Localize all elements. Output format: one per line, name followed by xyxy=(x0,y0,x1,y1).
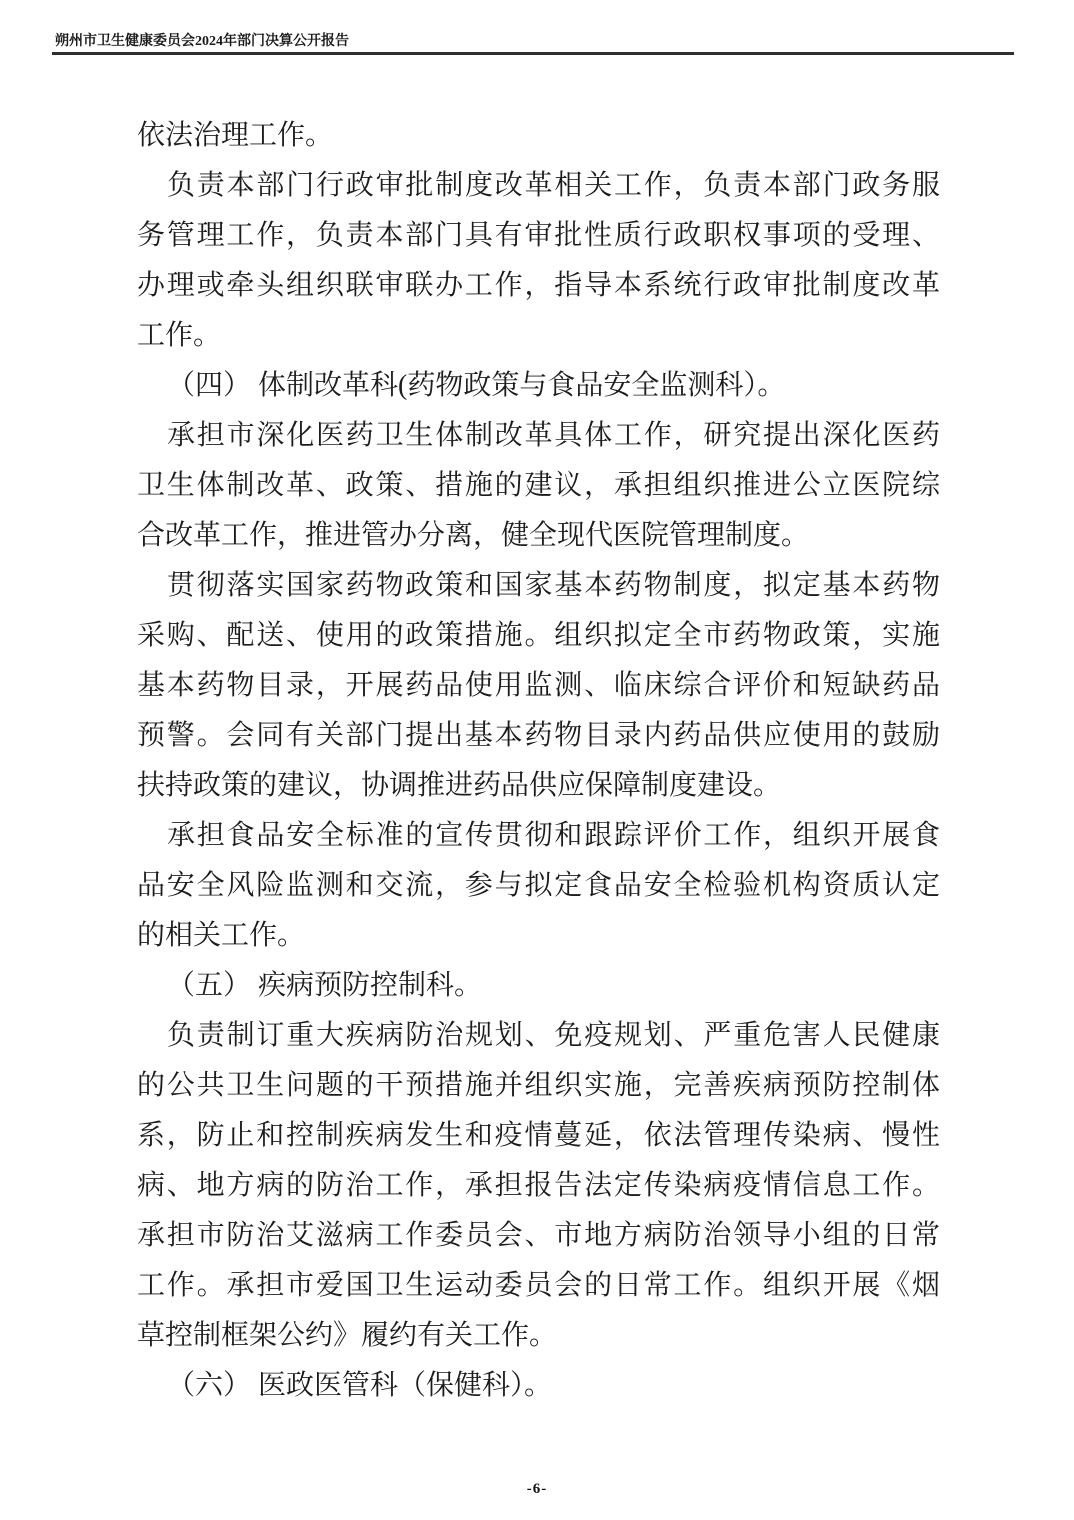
text-line: 预警。会同有关部门提出基本药物目录内药品供应使用的鼓励 xyxy=(137,711,940,761)
text-line: 负责制订重大疾病防治规划、免疫规划、严重危害人民健康 xyxy=(137,1011,940,1061)
text-line: 负责本部门行政审批制度改革相关工作，负责本部门政务服 xyxy=(137,161,940,211)
text-line: 工作。承担市爱国卫生运动委员会的日常工作。组织开展《烟 xyxy=(137,1261,940,1311)
text-line: 合改革工作，推进管办分离，健全现代医院管理制度。 xyxy=(137,511,940,561)
text-line: 承担市防治艾滋病工作委员会、市地方病防治领导小组的日常 xyxy=(137,1211,940,1261)
header-title: 朔州市卫生健康委员会2024年部门决算公开报告 xyxy=(55,30,349,50)
text-line: 承担市深化医药卫生体制改革具体工作，研究提出深化医药 xyxy=(137,411,940,461)
text-line: （四） 体制改革科(药物政策与食品安全监测科）。 xyxy=(137,361,940,411)
page-number: -6- xyxy=(0,1481,1074,1498)
text-line: 的公共卫生问题的干预措施并组织实施，完善疾病预防控制体 xyxy=(137,1061,940,1111)
text-line: 依法治理工作。 xyxy=(137,111,940,161)
document-body: 依法治理工作。负责本部门行政审批制度改革相关工作，负责本部门政务服务管理工作，负… xyxy=(137,111,940,1411)
text-line: 病、地方病的防治工作，承担报告法定传染病疫情信息工作。 xyxy=(137,1161,940,1211)
text-line: 采购、配送、使用的政策措施。组织拟定全市药物政策，实施 xyxy=(137,611,940,661)
text-line: 基本药物目录，开展药品使用监测、临床综合评价和短缺药品 xyxy=(137,661,940,711)
text-line: 扶持政策的建议，协调推进药品供应保障制度建设。 xyxy=(137,761,940,811)
text-line: 贯彻落实国家药物政策和国家基本药物制度，拟定基本药物 xyxy=(137,561,940,611)
text-line: 务管理工作，负责本部门具有审批性质行政职权事项的受理、 xyxy=(137,211,940,261)
text-line: 办理或牵头组织联审联办工作，指导本系统行政审批制度改革 xyxy=(137,261,940,311)
header-rule xyxy=(52,52,1014,55)
text-line: （六） 医政医管科（保健科）。 xyxy=(137,1361,940,1411)
text-line: （五） 疾病预防控制科。 xyxy=(137,961,940,1011)
text-line: 系，防止和控制疾病发生和疫情蔓延，依法管理传染病、慢性 xyxy=(137,1111,940,1161)
text-line: 的相关工作。 xyxy=(137,911,940,961)
text-line: 草控制框架公约》履约有关工作。 xyxy=(137,1311,940,1361)
text-line: 工作。 xyxy=(137,311,940,361)
text-line: 卫生体制改革、政策、措施的建议，承担组织推进公立医院综 xyxy=(137,461,940,511)
text-line: 承担食品安全标准的宣传贯彻和跟踪评价工作，组织开展食 xyxy=(137,811,940,861)
document-page: 朔州市卫生健康委员会2024年部门决算公开报告 依法治理工作。负责本部门行政审批… xyxy=(0,0,1074,1520)
text-line: 品安全风险监测和交流，参与拟定食品安全检验机构资质认定 xyxy=(137,861,940,911)
